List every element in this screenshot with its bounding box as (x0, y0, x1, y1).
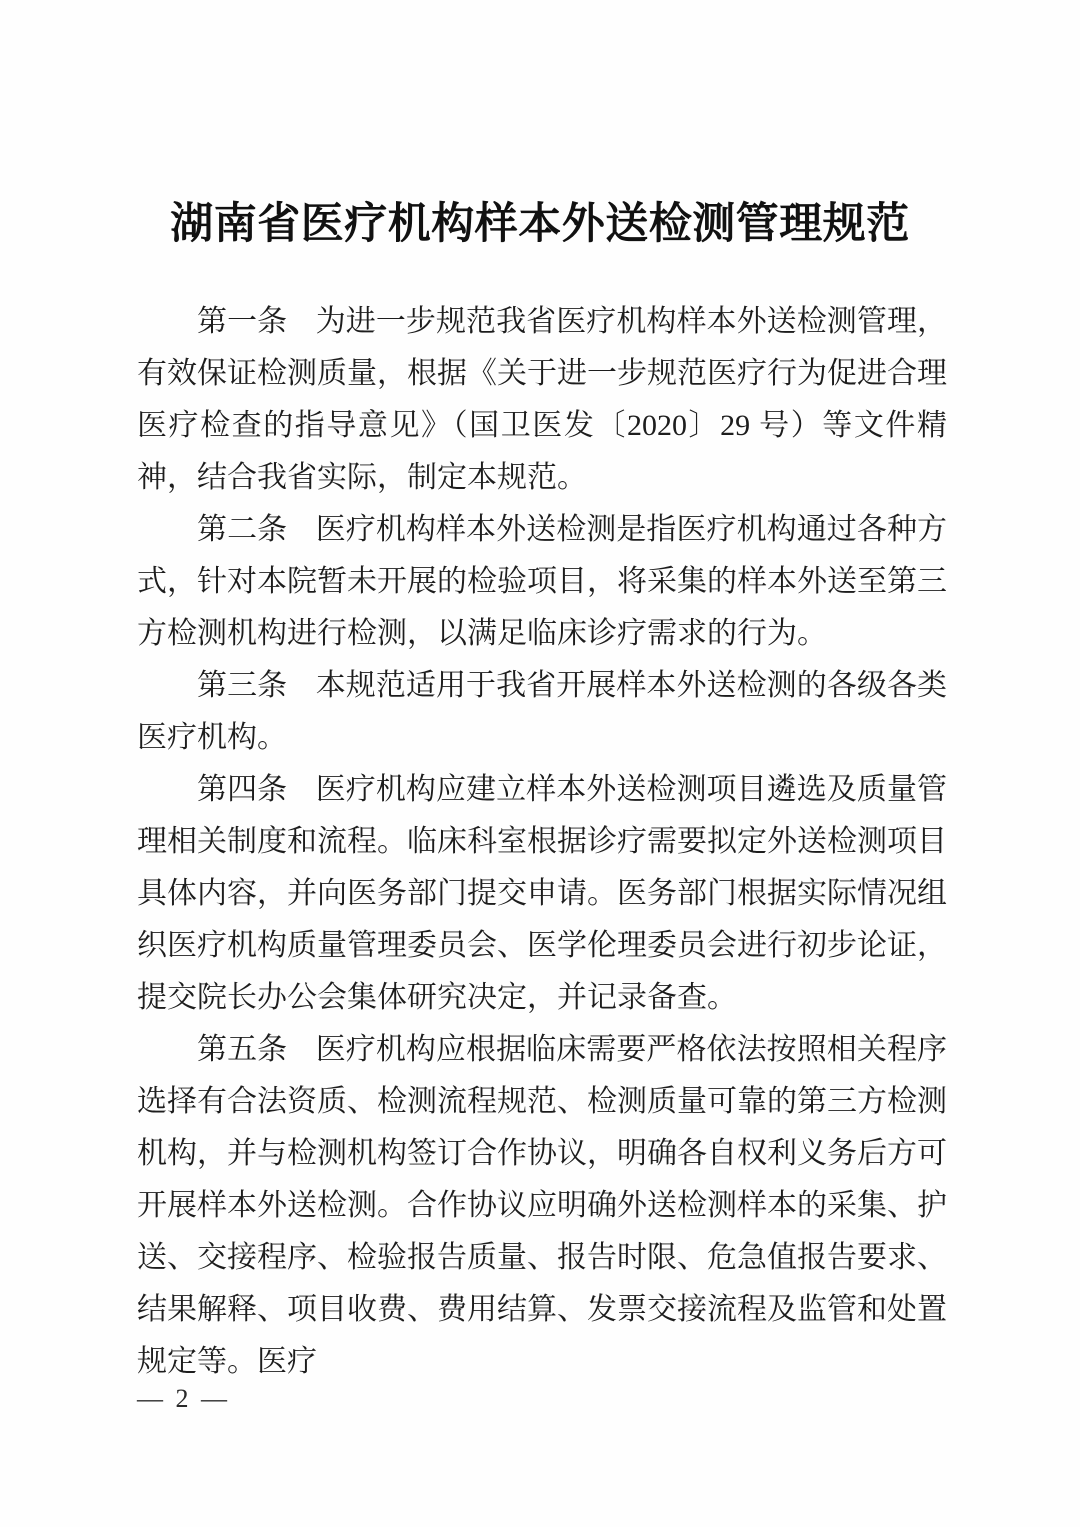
article-2-number: 第二条 (197, 513, 287, 546)
article-5: 第五条医疗机构应根据临床需要严格依法按照相关程序选择有合法资质、检测流程规范、检… (137, 1024, 947, 1388)
document-title: 湖南省医疗机构样本外送检测管理规范 (0, 190, 1080, 251)
article-3: 第三条本规范适用于我省开展样本外送检测的各级各类医疗机构。 (137, 660, 947, 764)
article-3-number: 第三条 (197, 669, 287, 702)
article-4-text: 医疗机构应建立样本外送检测项目遴选及质量管理相关制度和流程。临床科室根据诊疗需要… (137, 773, 947, 1014)
article-4-number: 第四条 (197, 773, 287, 806)
article-1-number: 第一条 (197, 305, 287, 338)
page-footer: — 2 — (137, 1384, 230, 1414)
page-number: — 2 — (137, 1384, 230, 1413)
document-body: 第一条为进一步规范我省医疗机构样本外送检测管理，有效保证检测质量，根据《关于进一… (137, 296, 947, 1388)
article-1: 第一条为进一步规范我省医疗机构样本外送检测管理，有效保证检测质量，根据《关于进一… (137, 296, 947, 504)
article-2: 第二条医疗机构样本外送检测是指医疗机构通过各种方式，针对本院暂未开展的检验项目，… (137, 504, 947, 660)
document-page: 湖南省医疗机构样本外送检测管理规范 第一条为进一步规范我省医疗机构样本外送检测管… (0, 0, 1080, 1527)
article-5-text: 医疗机构应根据临床需要严格依法按照相关程序选择有合法资质、检测流程规范、检测质量… (137, 1033, 947, 1378)
article-4: 第四条医疗机构应建立样本外送检测项目遴选及质量管理相关制度和流程。临床科室根据诊… (137, 764, 947, 1024)
article-5-number: 第五条 (197, 1033, 287, 1066)
